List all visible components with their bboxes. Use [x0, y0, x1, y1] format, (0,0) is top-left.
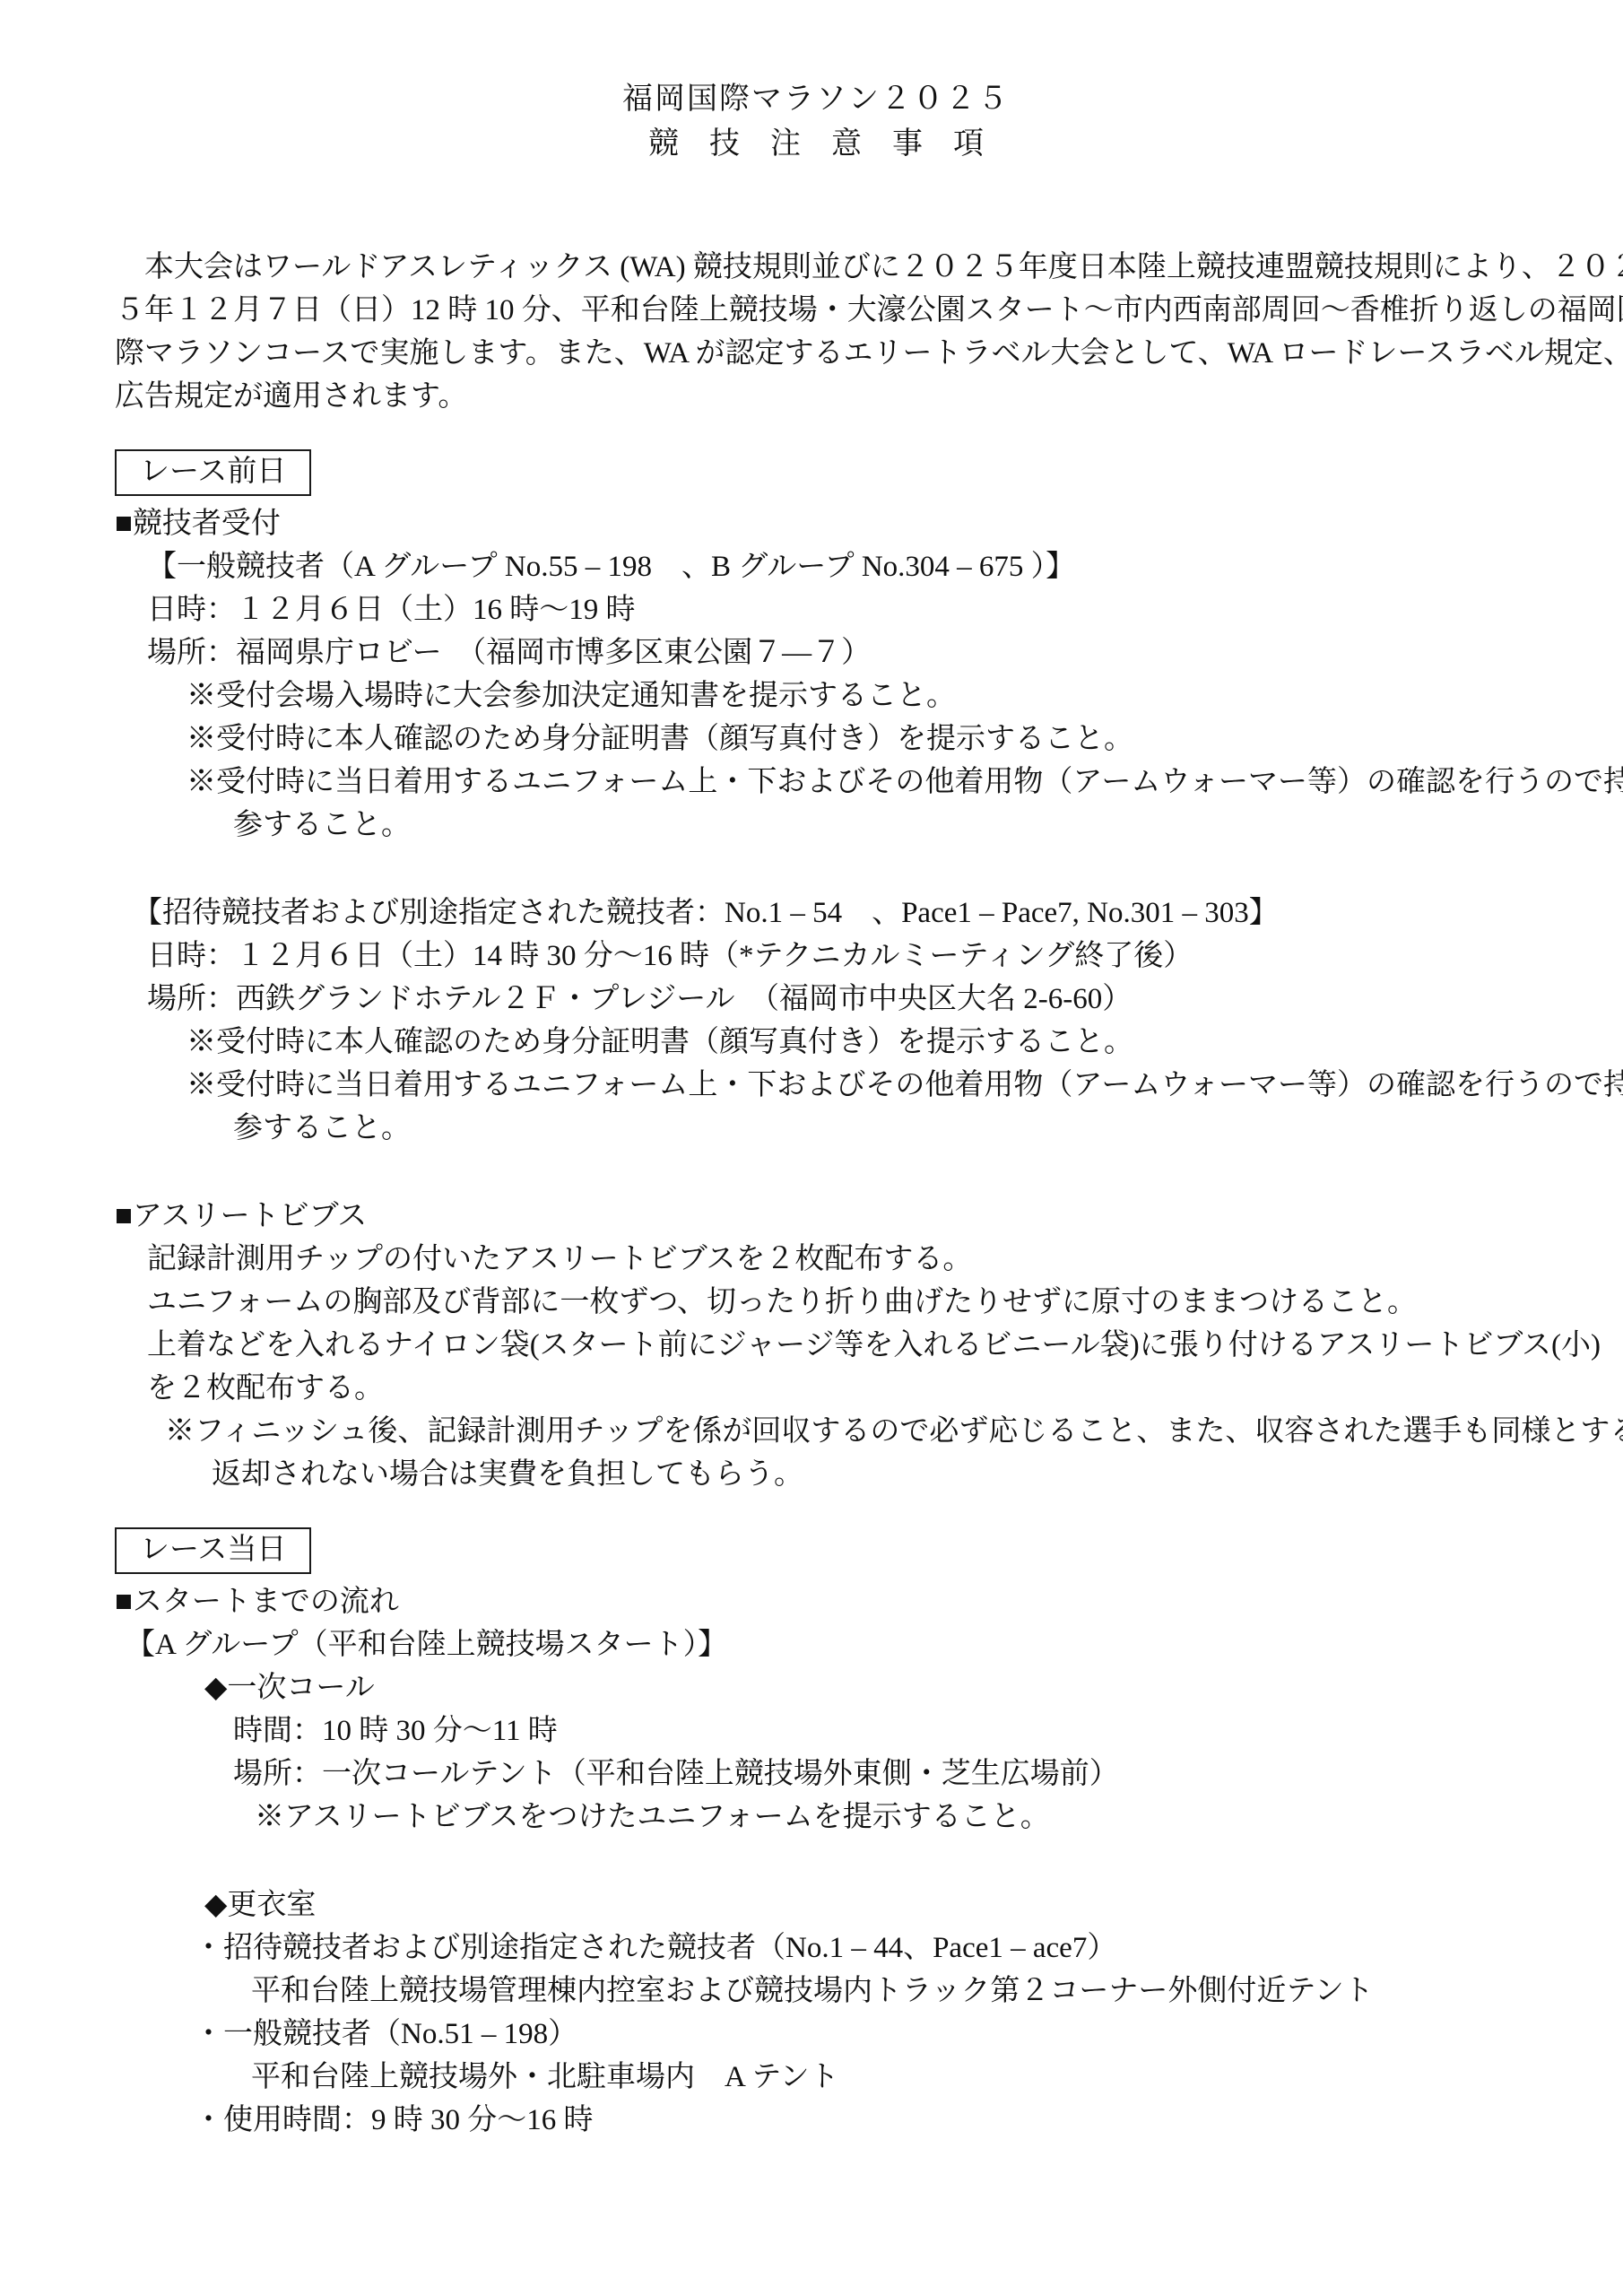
athlete-bibs-line: ユニフォームの胸部及び背部に一枚ずつ、切ったり折り曲げたりせずに原寸のままつける… — [115, 1281, 1517, 1324]
intro-line: 際マラソンコースで実施します。また、WA が認定するエリートラベル大会として、W… — [115, 332, 1517, 375]
invited-runners-note: ※受付時に本人確認のため身分証明書（顔写真付き）を提示すること。 — [115, 1021, 1517, 1064]
general-runners-note-continuation: 参すること。 — [115, 804, 1517, 847]
changing-room-invited-place: 平和台陸上競技場管理棟内控室および競技場内トラック第２コーナー外側付近テント — [115, 1970, 1517, 2013]
invited-runners-title: 【招待競技者および別途指定された競技者：No.1 – 54 、Pace1 – P… — [115, 891, 1517, 935]
athlete-bibs-heading: ■アスリートビブス — [115, 1195, 1517, 1238]
athlete-bibs-note: ※フィニッシュ後、記録計測用チップを係が回収するので必ず応じること、また、収容さ… — [115, 1410, 1517, 1453]
first-call-time: 時間：10 時 30 分～11 時 — [115, 1709, 1517, 1752]
general-runners-note: ※受付会場入場時に大会参加決定通知書を提示すること。 — [115, 674, 1517, 717]
race-day-box-label: レース当日 — [115, 1527, 311, 1574]
document-subtitle: 競 技 注 意 事 項 — [115, 122, 1517, 167]
athlete-bibs-line: 記録計測用チップの付いたアスリートビブスを２枚配布する。 — [115, 1238, 1517, 1281]
first-call-note: ※アスリートビブスをつけたユニフォームを提示すること。 — [115, 1796, 1517, 1839]
first-call-place: 場所：一次コールテント（平和台陸上競技場外東側・芝生広場前） — [115, 1752, 1517, 1796]
start-flow-heading: ■スタートまでの流れ — [115, 1580, 1517, 1623]
invited-runners-note-continuation: 参すること。 — [115, 1107, 1517, 1150]
athlete-bibs-note-continuation: 返却されない場合は実費を負担してもらう。 — [115, 1453, 1517, 1496]
section-race-day-before: レース前日 — [115, 448, 1517, 495]
document-title: 福岡国際マラソン２０２５ — [115, 77, 1517, 122]
intro-line: 広告規定が適用されます。 — [115, 375, 1517, 418]
invited-runners-place: 場所：西鉄グランドホテル２Ｆ・プレジール （福岡市中央区大名 2-6-60） — [115, 978, 1517, 1021]
changing-room-general-place: 平和台陸上競技場外・北駐車場内 A テント — [115, 2056, 1517, 2099]
changing-room-general: ・一般競技者（No.51 – 198） — [115, 2013, 1517, 2056]
intro-line: 本大会はワールドアスレティックス (WA) 競技規則並びに２０２５年度日本陸上競… — [115, 246, 1517, 289]
general-runners-note: ※受付時に当日着用するユニフォーム上・下およびその他着用物（アームウォーマー等）… — [115, 761, 1517, 804]
reception-heading: ■競技者受付 — [115, 502, 1517, 545]
general-runners-place: 場所：福岡県庁ロビー （福岡市博多区東公園７―７） — [115, 631, 1517, 674]
changing-room-invited: ・招待競技者および別途指定された競技者（No.1 – 44、Pace1 – ac… — [115, 1926, 1517, 1970]
general-runners-note: ※受付時に本人確認のため身分証明書（顔写真付き）を提示すること。 — [115, 717, 1517, 761]
invited-runners-note: ※受付時に当日着用するユニフォーム上・下およびその他着用物（アームウォーマー等）… — [115, 1064, 1517, 1107]
group-a-title: 【A グループ（平和台陸上競技場スタート）】 — [115, 1623, 1517, 1666]
document-page: 福岡国際マラソン２０２５ 競 技 注 意 事 項 本大会はワールドアスレティック… — [0, 0, 1623, 2296]
first-call-heading: ◆一次コール — [115, 1666, 1517, 1709]
changing-room-hours: ・使用時間：9 時 30 分～16 時 — [115, 2099, 1517, 2142]
athlete-bibs-line: 上着などを入れるナイロン袋(スタート前にジャージ等を入れるビニール袋)に張り付け… — [115, 1324, 1517, 1367]
invited-runners-datetime: 日時：１２月６日（土）14 時 30 分～16 時（*テクニカルミーティング終了… — [115, 935, 1517, 978]
intro-paragraph: 本大会はワールドアスレティックス (WA) 競技規則並びに２０２５年度日本陸上競… — [115, 246, 1517, 418]
general-runners-title: 【一般競技者（A グループ No.55 – 198 、B グループ No.304… — [115, 545, 1517, 588]
athlete-bibs-line: を２枚配布する。 — [115, 1367, 1517, 1410]
section-race-day: レース当日 — [115, 1526, 1517, 1573]
changing-room-heading: ◆更衣室 — [115, 1883, 1517, 1926]
race-day-before-box-label: レース前日 — [115, 449, 311, 496]
intro-line: ５年１２月７日（日）12 時 10 分、平和台陸上競技場・大濠公園スタート～市内… — [115, 289, 1517, 332]
general-runners-datetime: 日時：１２月６日（土）16 時～19 時 — [115, 588, 1517, 631]
